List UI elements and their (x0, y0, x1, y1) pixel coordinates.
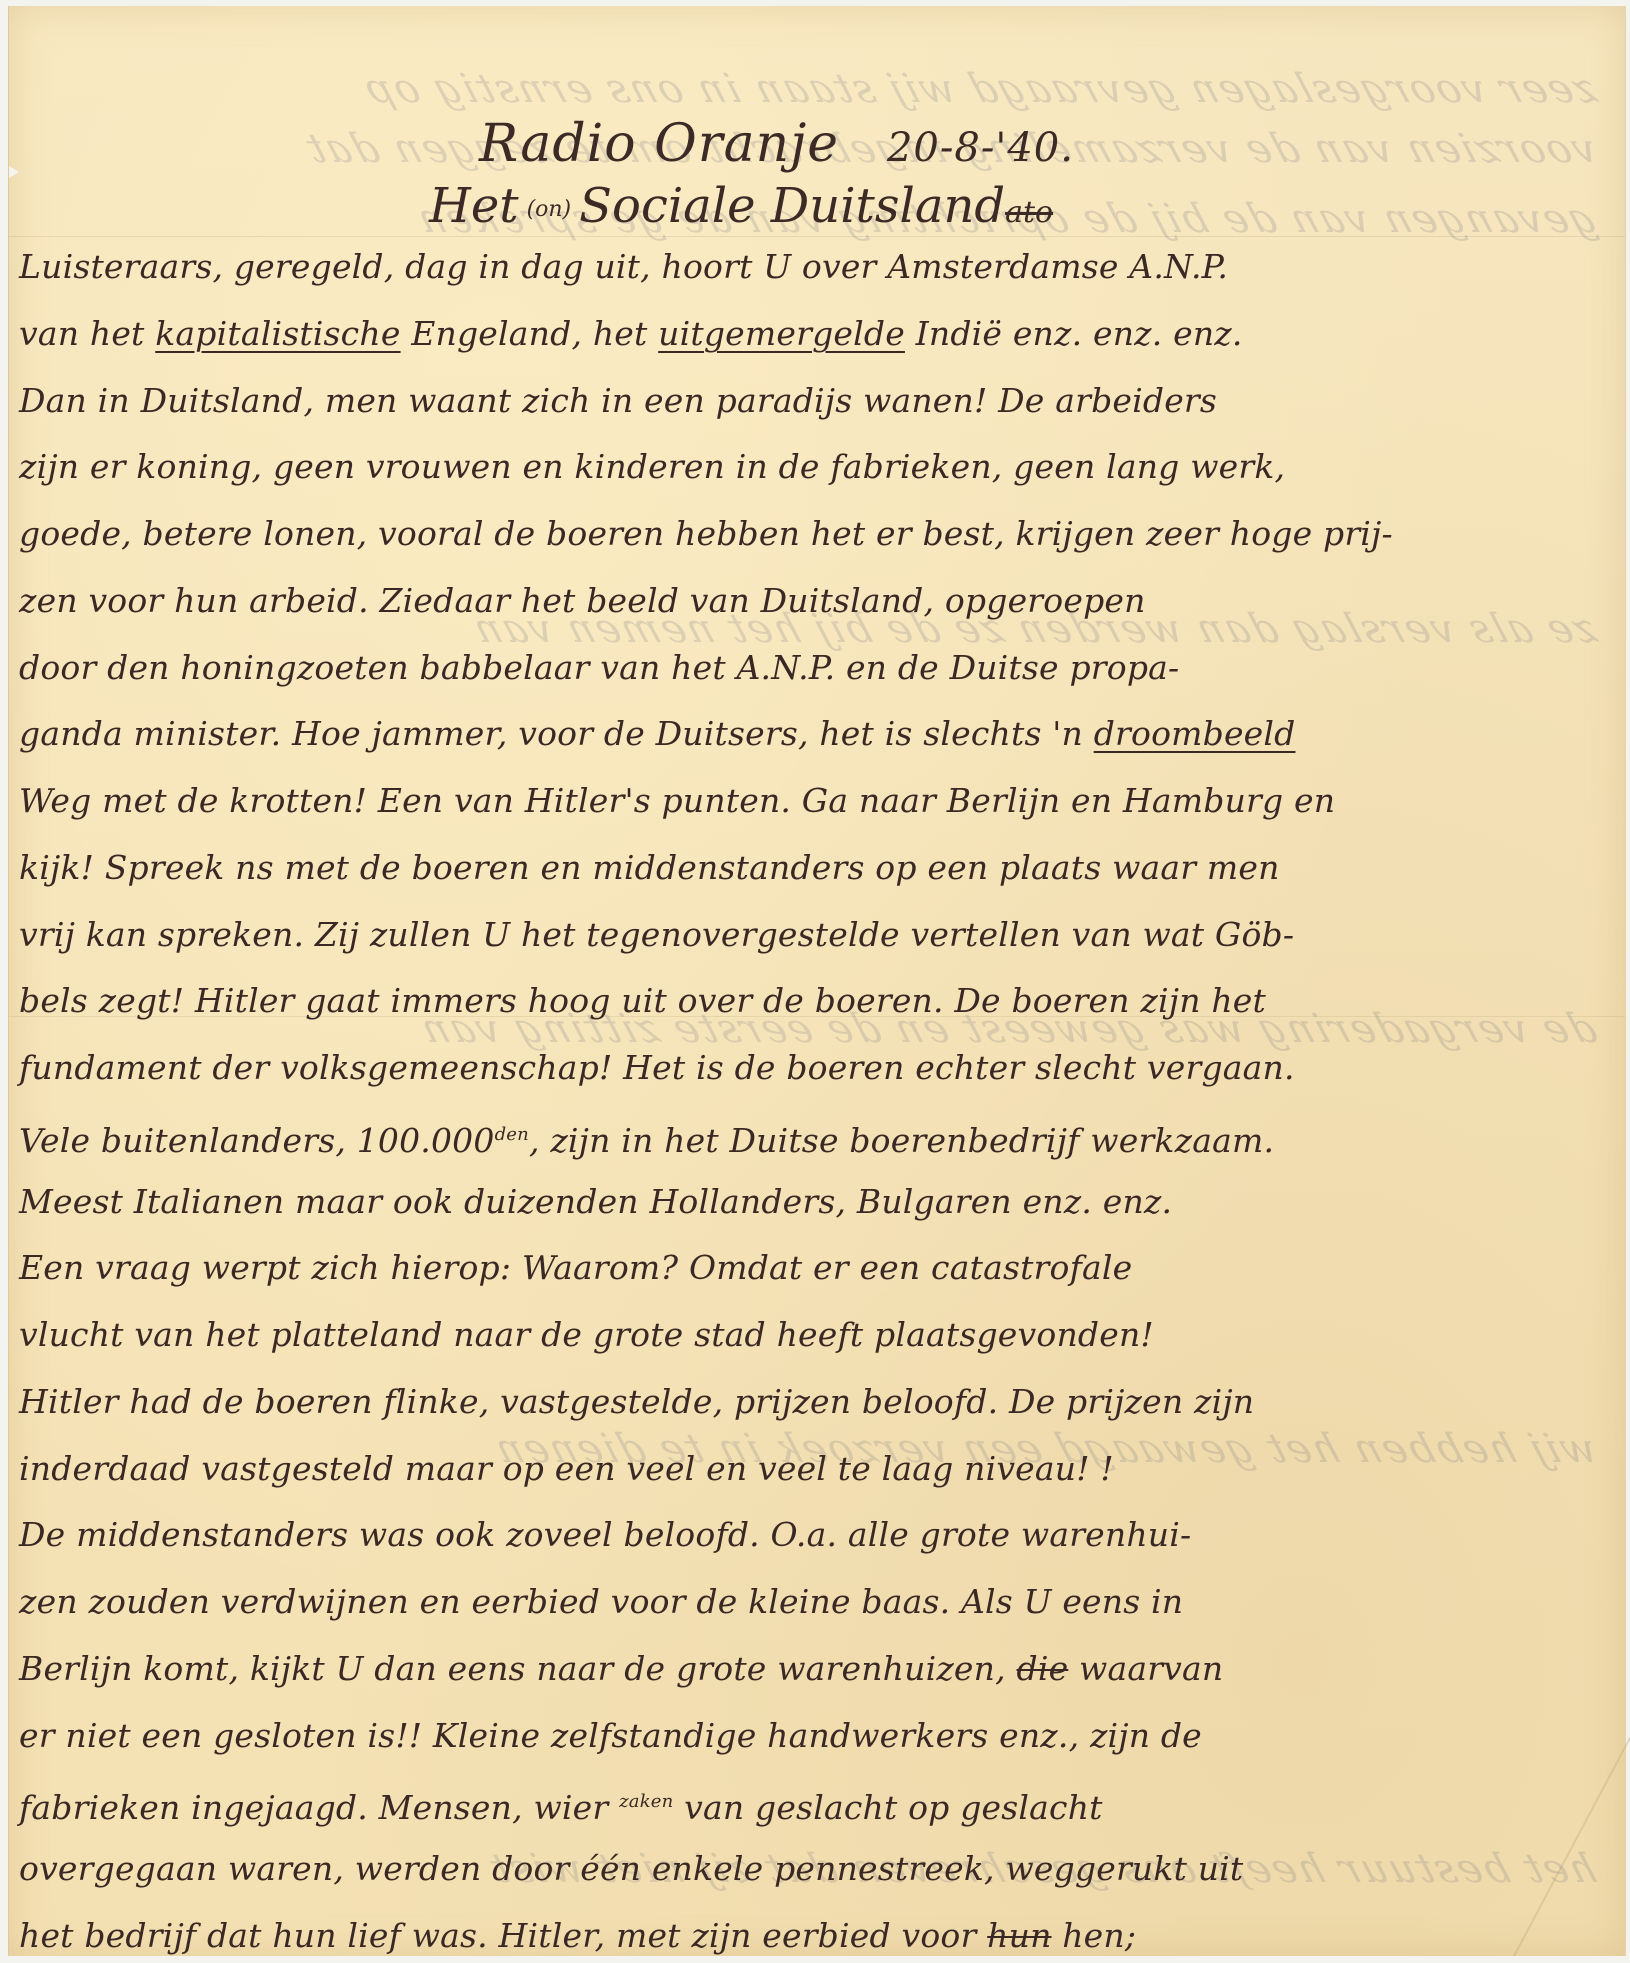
text-line: fabrieken ingejaagd. Mensen, wier zaken … (19, 1777, 1615, 1833)
subtitle-prefix: Het (429, 178, 519, 234)
struck-word: hun (987, 1916, 1051, 1955)
text-segment: waarvan (1068, 1649, 1223, 1688)
underlined-word: kapitalistische (155, 314, 400, 353)
struck-word: die (1017, 1649, 1069, 1688)
text-line: het bedrijf dat hun lief was. Hitler, me… (19, 1911, 1615, 1961)
text-line: goede, betere lonen, vooral de boeren he… (19, 509, 1615, 559)
text-line: Luisteraars, geregeld, dag in dag uit, h… (19, 242, 1615, 292)
text-line: Berlijn komt, kijkt U dan eens naar de g… (19, 1644, 1615, 1694)
text-segment: van het (19, 314, 155, 353)
text-line: Vele buitenlanders, 100.000den, zijn in … (19, 1110, 1615, 1166)
text-line: bels zegt! Hitler gaat immers hoog uit o… (19, 976, 1615, 1026)
subtitle-struck: ato (1005, 195, 1053, 230)
text-line: zen voor hun arbeid. Ziedaar het beeld v… (19, 576, 1615, 626)
text-segment: van geslacht op geslacht (673, 1788, 1102, 1827)
text-segment: , zijn in het Duitse boerenbedrijf werkz… (529, 1121, 1274, 1160)
text-line: Meest Italianen maar ook duizenden Holla… (19, 1177, 1615, 1227)
manuscript-page: zeer voorgeslagen gevraagd wij staan in … (8, 6, 1626, 1956)
text-line: kijk! Spreek ns met de boeren en middens… (19, 843, 1615, 893)
text-line: fundament der volksgemeenschap! Het is d… (19, 1043, 1615, 1093)
text-line: inderdaad vastgesteld maar op een veel e… (19, 1444, 1615, 1494)
text-segment: ganda minister. Hoe jammer, voor de Duit… (19, 714, 1094, 753)
superscript: den (495, 1124, 529, 1145)
manuscript-content: Radio Oranje20-8-'40. Het(on)Sociale Dui… (9, 6, 1625, 1956)
text-segment: Indië enz. enz. enz. (905, 314, 1243, 353)
text-line: overgegaan waren, werden door één enkele… (19, 1844, 1615, 1894)
subtitle-insert: (on) (527, 197, 572, 222)
document-subtitle: Het(on)Sociale Duitslandato (429, 178, 1053, 234)
text-segment: fabrieken ingejaagd. Mensen, wier (19, 1788, 619, 1827)
text-segment: hen; (1052, 1916, 1137, 1955)
underlined-word: uitgemergelde (658, 314, 905, 353)
text-line: ganda minister. Hoe jammer, voor de Duit… (19, 709, 1615, 759)
text-line: Weg met de krotten! Een van Hitler's pun… (19, 776, 1615, 826)
text-line: vlucht van het platteland naar de grote … (19, 1310, 1615, 1360)
text-segment: Engeland, het (401, 314, 659, 353)
text-line: er niet een gesloten is!! Kleine zelfsta… (19, 1711, 1615, 1761)
station-name: Radio Oranje (479, 114, 839, 174)
document-date: 20-8-'40. (887, 125, 1074, 171)
text-segment: Vele buitenlanders, 100.000 (19, 1121, 495, 1160)
subtitle-main: Sociale Duitsland (579, 178, 1005, 234)
text-line: Hitler had de boeren flinke, vastgesteld… (19, 1377, 1615, 1427)
text-line: Een vraag werpt zich hierop: Waarom? Omd… (19, 1243, 1615, 1293)
text-line: De middenstanders was ook zoveel beloofd… (19, 1510, 1615, 1560)
underlined-word: droombeeld (1094, 714, 1296, 753)
text-line: vrij kan spreken. Zij zullen U het tegen… (19, 910, 1615, 960)
text-line: zen zouden verdwijnen en eerbied voor de… (19, 1577, 1615, 1627)
text-line: van het kapitalistische Engeland, het ui… (19, 309, 1615, 359)
inserted-word: zaken (619, 1791, 673, 1812)
text-line: door den honingzoeten babbelaar van het … (19, 643, 1615, 693)
document-title: Radio Oranje20-8-'40. (479, 114, 1074, 174)
text-segment: het bedrijf dat hun lief was. Hitler, me… (19, 1916, 987, 1955)
text-line: Dan in Duitsland, men waant zich in een … (19, 376, 1615, 426)
text-segment: Berlijn komt, kijkt U dan eens naar de g… (19, 1649, 1017, 1688)
text-line: zijn er koning, geen vrouwen en kinderen… (19, 442, 1615, 492)
